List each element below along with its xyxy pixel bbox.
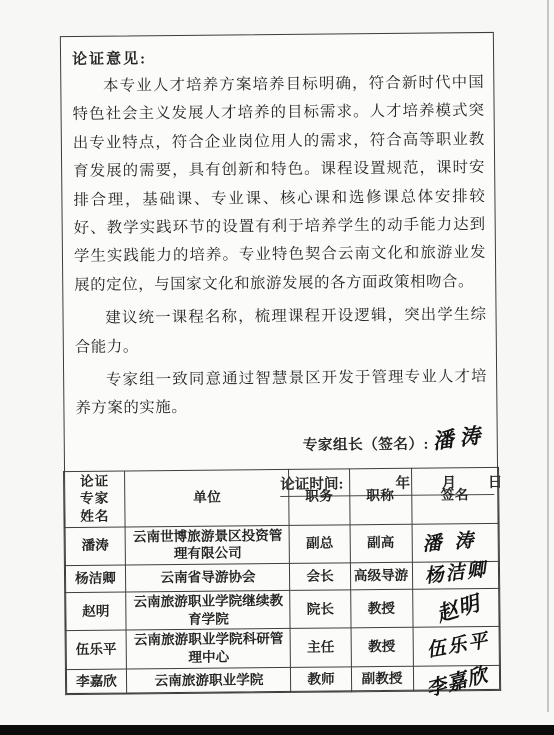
expert-name-cell: 潘涛 — [64, 527, 125, 566]
table-row: 赵明 云南旅游职业学院继续教育学院 院长 教授 赵明 — [65, 588, 500, 631]
signature-handwriting: 伍乐平 — [424, 628, 490, 663]
expert-name-cell: 赵明 — [65, 592, 126, 631]
opinion-heading: 论证意见: — [72, 43, 484, 73]
signature-cell: 李嘉欣 — [413, 665, 500, 691]
chair-signature-handwriting: 潘涛 — [431, 419, 488, 456]
opinion-paragraph-2: 建议统一课程名称，梳理课程开设逻辑，突出学生综合能力。 — [74, 301, 487, 362]
position-cell: 主任 — [291, 628, 351, 667]
title-cell: 副教授 — [351, 666, 413, 692]
title-cell: 教授 — [350, 589, 412, 628]
signature-handwriting: 李嘉欣 — [423, 661, 491, 702]
expert-name-cell: 李嘉欣 — [66, 669, 127, 695]
position-cell: 副总 — [290, 524, 350, 563]
title-cell: 副高 — [350, 524, 412, 563]
signature-cell: 伍乐平 — [413, 627, 500, 666]
header-position: 职务 — [289, 468, 350, 525]
opinion-paragraph-1: 本专业人才培养方案培养目标明确，符合新时代中国特色社会主义发展人才培养的目标需求… — [72, 69, 486, 300]
chair-signature-label: 专家组长（签名）: — [303, 437, 429, 454]
experts-table-header-row: 论证专家姓名 单位 职务 职称 签名 — [64, 467, 499, 527]
position-cell: 会长 — [290, 563, 350, 591]
signature-handwriting: 杨洁卿 — [423, 557, 488, 589]
signature-cell: 赵明 — [412, 588, 499, 627]
position-cell: 教师 — [291, 666, 351, 692]
opinion-paragraph-3: 专家组一致同意通过智慧景区开发于管理专业人才培养方案的实施。 — [75, 363, 488, 424]
table-row: 杨洁卿 云南省导游协会 会长 高级导游 杨洁卿 — [65, 561, 499, 592]
opinion-section: 论证意见: 本专业人才培养方案培养目标明确，符合新时代中国特色社会主义发展人才培… — [61, 33, 497, 424]
header-expert-name: 论证专家姓名 — [64, 471, 126, 528]
organization-cell: 云南世博旅游景区投资管理有限公司 — [125, 525, 289, 565]
expert-name-cell: 杨洁卿 — [65, 565, 126, 593]
scanner-edge-line — [547, 0, 549, 712]
signature-cell: 杨洁卿 — [412, 561, 499, 589]
scanner-bottom-bar — [0, 725, 554, 735]
expert-name-cell: 伍乐平 — [65, 630, 126, 669]
signature-handwriting: 潘涛 — [421, 528, 487, 558]
organization-cell: 云南旅游职业学院科研管理中心 — [126, 629, 290, 669]
scanned-document-page: { "opinion": { "heading": "论证意见:", "para… — [0, 0, 554, 735]
table-row: 伍乐平 云南旅游职业学院科研管理中心 主任 教授 伍乐平 — [65, 627, 500, 670]
signature-handwriting: 赵明 — [433, 590, 483, 629]
organization-cell: 云南旅游职业学院 — [127, 667, 291, 694]
organization-cell: 云南旅游职业学院继续教育学院 — [126, 590, 290, 630]
header-organization: 单位 — [125, 469, 290, 527]
signature-cell: 潘涛 — [412, 523, 499, 562]
chair-signature-line: 专家组长（签名）:潘涛 — [303, 425, 487, 457]
header-title: 职称 — [349, 468, 412, 525]
organization-cell: 云南省导游协会 — [126, 563, 290, 592]
experts-table: 论证专家姓名 单位 职务 职称 签名 潘涛 云南世博旅游景区投资管理有限公司 副… — [63, 466, 500, 694]
document-frame: 论证意见: 本专业人才培养方案培养目标明确，符合新时代中国特色社会主义发展人才培… — [60, 32, 500, 694]
position-cell: 院长 — [290, 590, 350, 629]
table-row: 潘涛 云南世博旅游景区投资管理有限公司 副总 副高 潘涛 — [64, 523, 499, 566]
title-cell: 教授 — [351, 627, 413, 666]
header-signature: 签名 — [411, 467, 499, 524]
table-row: 李嘉欣 云南旅游职业学院 教师 副教授 李嘉欣 — [66, 665, 500, 694]
title-cell: 高级导游 — [350, 562, 412, 590]
